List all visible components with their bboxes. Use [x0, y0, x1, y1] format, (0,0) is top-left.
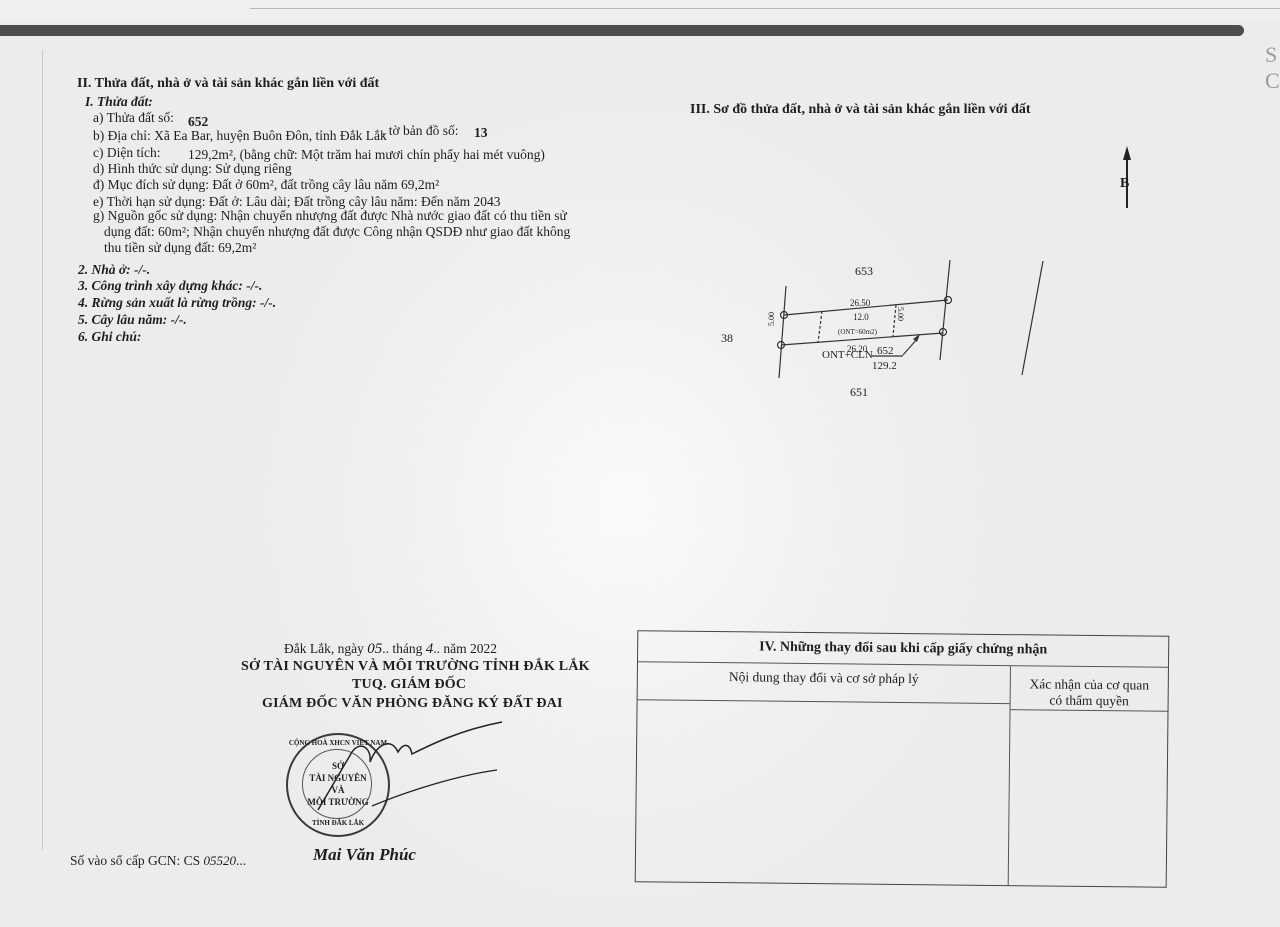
changes-table: IV. Những thay đổi sau khi cấp giấy chứn… — [635, 630, 1170, 888]
confirm-header-line-1: Xác nhận của cơ quan — [1011, 676, 1168, 694]
signer-name: Mai Văn Phúc — [313, 845, 416, 865]
registry-value: 05520 — [204, 853, 237, 868]
registry-number: Số vào sổ cấp GCN: CS 05520... — [70, 853, 246, 868]
confirm-header-line-2: có thẩm quyền — [1011, 692, 1168, 710]
changes-col-confirm-header: Xác nhận của cơ quan có thẩm quyền — [1011, 666, 1168, 712]
changes-col-content-header: Nội dung thay đổi và cơ sở pháp lý — [638, 662, 1010, 704]
registry-label: Số vào sổ cấp GCN: CS — [70, 853, 200, 868]
